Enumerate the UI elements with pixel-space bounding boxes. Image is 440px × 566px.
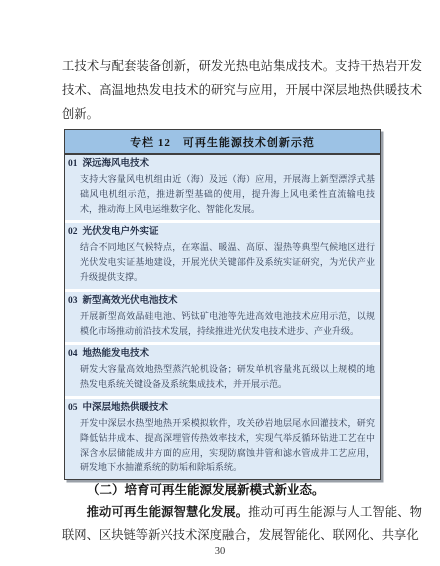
box-section-pv-field-test: 02光伏发电户外实证 结合不同地区气候特点，在寒温、暖温、高原、湿热等典型气候地… [65, 223, 380, 288]
bottom-paragraph: 推动可再生能源智慧化发展。推动可再生能源与人工智能、物联网、区块链等新兴技术深度… [62, 501, 422, 547]
section-title-row: 01深远海风电技术 [68, 158, 375, 171]
section-number: 03 [68, 296, 78, 306]
document-page: 工技术与配套装备创新，研发光热电站集成技术。支持干热岩开发技术、高温地热发电技术… [0, 0, 440, 566]
section-title-row: 05中深层地热供暖技术 [68, 402, 375, 415]
section-title: 新型高效光伏电池技术 [83, 296, 178, 306]
section-title: 中深层地热供暖技术 [83, 403, 169, 413]
section-title-row: 04地热能发电技术 [68, 348, 375, 361]
top-paragraph: 工技术与配套装备创新，研发光热电站集成技术。支持干热岩开发技术、高温地热发电技术… [62, 54, 422, 126]
section-number: 05 [68, 403, 78, 413]
bottom-paragraph-lead: 推动可再生能源智慧化发展。 [87, 505, 249, 519]
section-title-row: 02光伏发电户外实证 [68, 226, 375, 239]
section-title: 深远海风电技术 [83, 159, 150, 169]
box-section-geothermal-heating: 05中深层地热供暖技术 开发中深层水热型地热开采模拟软件，攻关砂岩地层尾水回灌技… [65, 399, 380, 479]
section-title-row: 03新型高效光伏电池技术 [68, 295, 375, 308]
section-title: 地热能发电技术 [83, 349, 150, 359]
callout-box-body: 01深远海风电技术 支持大容量风电机组由近（海）及远（海）应用，开展海上新型漂浮… [65, 155, 380, 479]
box-section-pv-cell: 03新型高效光伏电池技术 开展新型高效晶硅电池、钙钛矿电池等先进高效电池技术应用… [65, 292, 380, 343]
section-body: 开展新型高效晶硅电池、钙钛矿电池等先进高效电池技术应用示范，以规模化市场推动前沿… [80, 309, 375, 339]
section-body: 支持大容量风电机组由近（海）及远（海）应用，开展海上新型漂浮式基础风电机组示范，… [80, 172, 375, 216]
section-number: 02 [68, 227, 78, 237]
section-number: 04 [68, 349, 78, 359]
box-section-wind: 01深远海风电技术 支持大容量风电机组由近（海）及远（海）应用，开展海上新型漂浮… [65, 155, 380, 220]
callout-box-title: 专栏 12 可再生能源技术创新示范 [65, 130, 380, 155]
section-number: 01 [68, 159, 78, 169]
callout-box: 专栏 12 可再生能源技术创新示范 01深远海风电技术 支持大容量风电机组由近（… [64, 129, 381, 480]
page-number: 30 [0, 546, 440, 557]
sub-heading: （二）培育可再生能源发展新模式新业态。 [62, 482, 422, 498]
section-title: 光伏发电户外实证 [83, 227, 159, 237]
section-body: 研发大容量高效地热型蒸汽轮机设备；研发单机容量兆瓦级以上规模的地热发电系统关键设… [80, 362, 375, 392]
section-body: 开发中深层水热型地热开采模拟软件，攻关砂岩地层尾水回灌技术，研究降低钻井成本、提… [80, 416, 375, 475]
box-section-geothermal-power: 04地热能发电技术 研发大容量高效地热型蒸汽轮机设备；研发单机容量兆瓦级以上规模… [65, 345, 380, 396]
section-body: 结合不同地区气候特点，在寒温、暖温、高原、湿热等典型气候地区进行光伏发电实证基地… [80, 240, 375, 284]
